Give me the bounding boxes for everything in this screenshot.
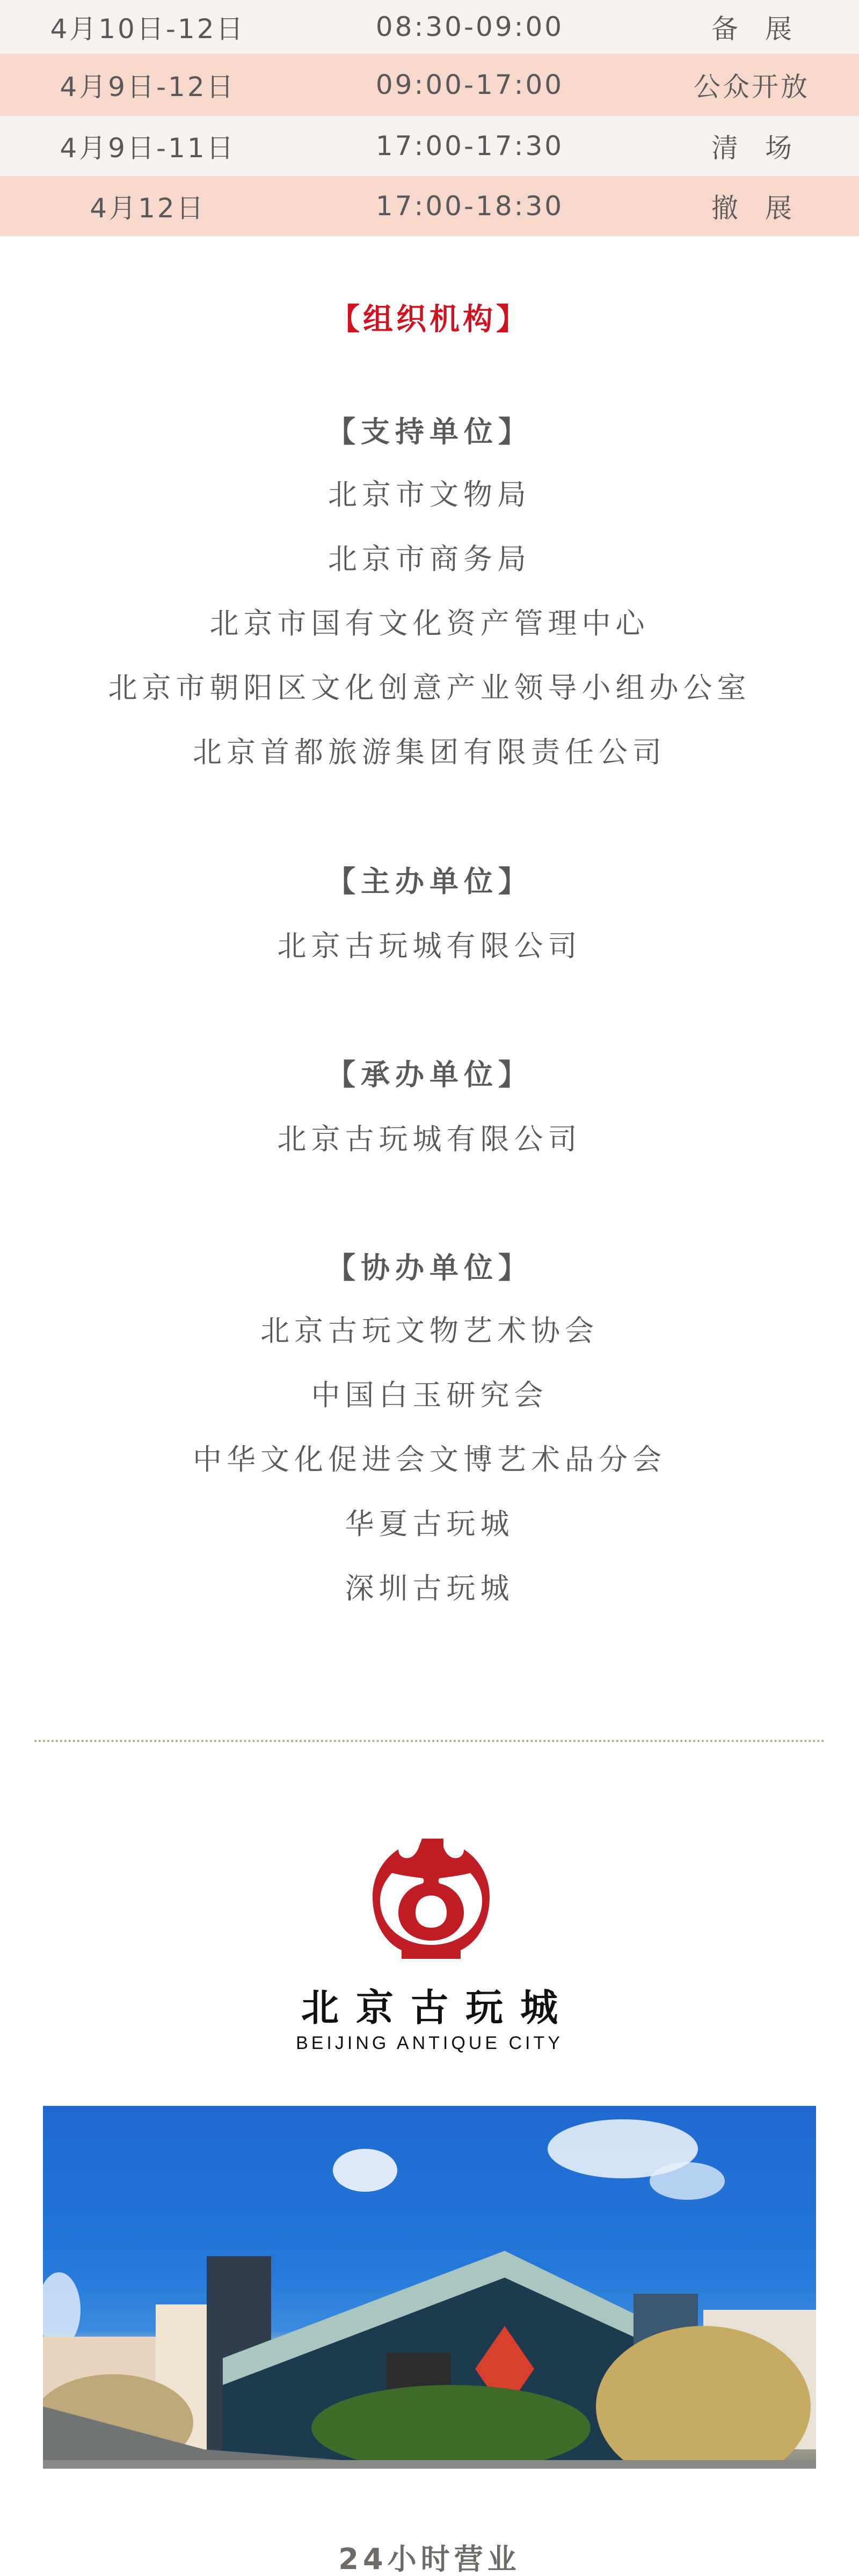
support-unit-item: 北京首都旅游集团有限责任公司 (0, 738, 859, 767)
brand-logo: 北京古玩城 BEIJING ANTIQUE CITY (0, 1835, 859, 2055)
schedule-row: 4月9日-11日 17:00-17:30 清 场 (0, 116, 859, 176)
business-hours: 24小时营业 (0, 2545, 859, 2574)
schedule-date: 4月9日-12日 (40, 54, 255, 116)
schedule-time: 08:30-09:00 (362, 0, 577, 54)
group-heading-host: 【主办单位】 (0, 867, 859, 896)
host-unit-item: 北京古玩城有限公司 (0, 932, 859, 961)
schedule-activity: 备 展 (671, 0, 832, 54)
support-unit-item: 北京市文物局 (0, 480, 859, 509)
organizer-unit-item: 北京古玩城有限公司 (0, 1125, 859, 1154)
building-illustration (43, 2106, 816, 2469)
schedule-time: 09:00-17:00 (362, 54, 577, 116)
schedule-activity: 撤 展 (671, 176, 832, 236)
schedule-time: 17:00-17:30 (362, 116, 577, 176)
co-organizer-item: 华夏古玩城 (0, 1510, 859, 1539)
beijing-antique-city-emblem-icon (372, 1838, 491, 1960)
schedule-time: 17:00-18:30 (362, 176, 577, 236)
co-organizer-item: 中国白玉研究会 (0, 1381, 859, 1410)
building-photo (43, 2106, 816, 2469)
group-heading-co-organizer: 【协办单位】 (0, 1254, 859, 1283)
schedule-date: 4月12日 (40, 176, 255, 236)
co-organizer-item: 中华文化促进会文博艺术品分会 (0, 1445, 859, 1474)
group-heading-support: 【支持单位】 (0, 418, 859, 447)
logo-name-english: BEIJING ANTIQUE CITY (0, 2034, 859, 2052)
schedule-row: 4月9日-12日 09:00-17:00 公众开放 (0, 54, 859, 116)
schedule-row: 4月10日-12日 08:30-09:00 备 展 (0, 0, 859, 54)
co-organizer-item: 北京古玩文物艺术协会 (0, 1316, 859, 1345)
co-organizer-item: 深圳古玩城 (0, 1574, 859, 1603)
support-unit-item: 北京市商务局 (0, 545, 859, 574)
schedule-row: 4月12日 17:00-18:30 撤 展 (0, 176, 859, 236)
group-heading-organizer: 【承办单位】 (0, 1060, 859, 1089)
schedule-activity: 公众开放 (671, 54, 832, 116)
organization-title: 【组织机构】 (0, 305, 859, 335)
dotted-divider (34, 1740, 825, 1742)
schedule-date: 4月10日-12日 (40, 0, 255, 54)
schedule-table: 4月10日-12日 08:30-09:00 备 展 4月9日-12日 09:00… (0, 0, 859, 236)
schedule-activity: 清 场 (671, 116, 832, 176)
schedule-date: 4月9日-11日 (40, 116, 255, 176)
support-unit-item: 北京市朝阳区文化创意产业领导小组办公室 (0, 674, 859, 702)
support-unit-item: 北京市国有文化资产管理中心 (0, 609, 859, 638)
logo-name-chinese: 北京古玩城 (0, 1989, 859, 2026)
